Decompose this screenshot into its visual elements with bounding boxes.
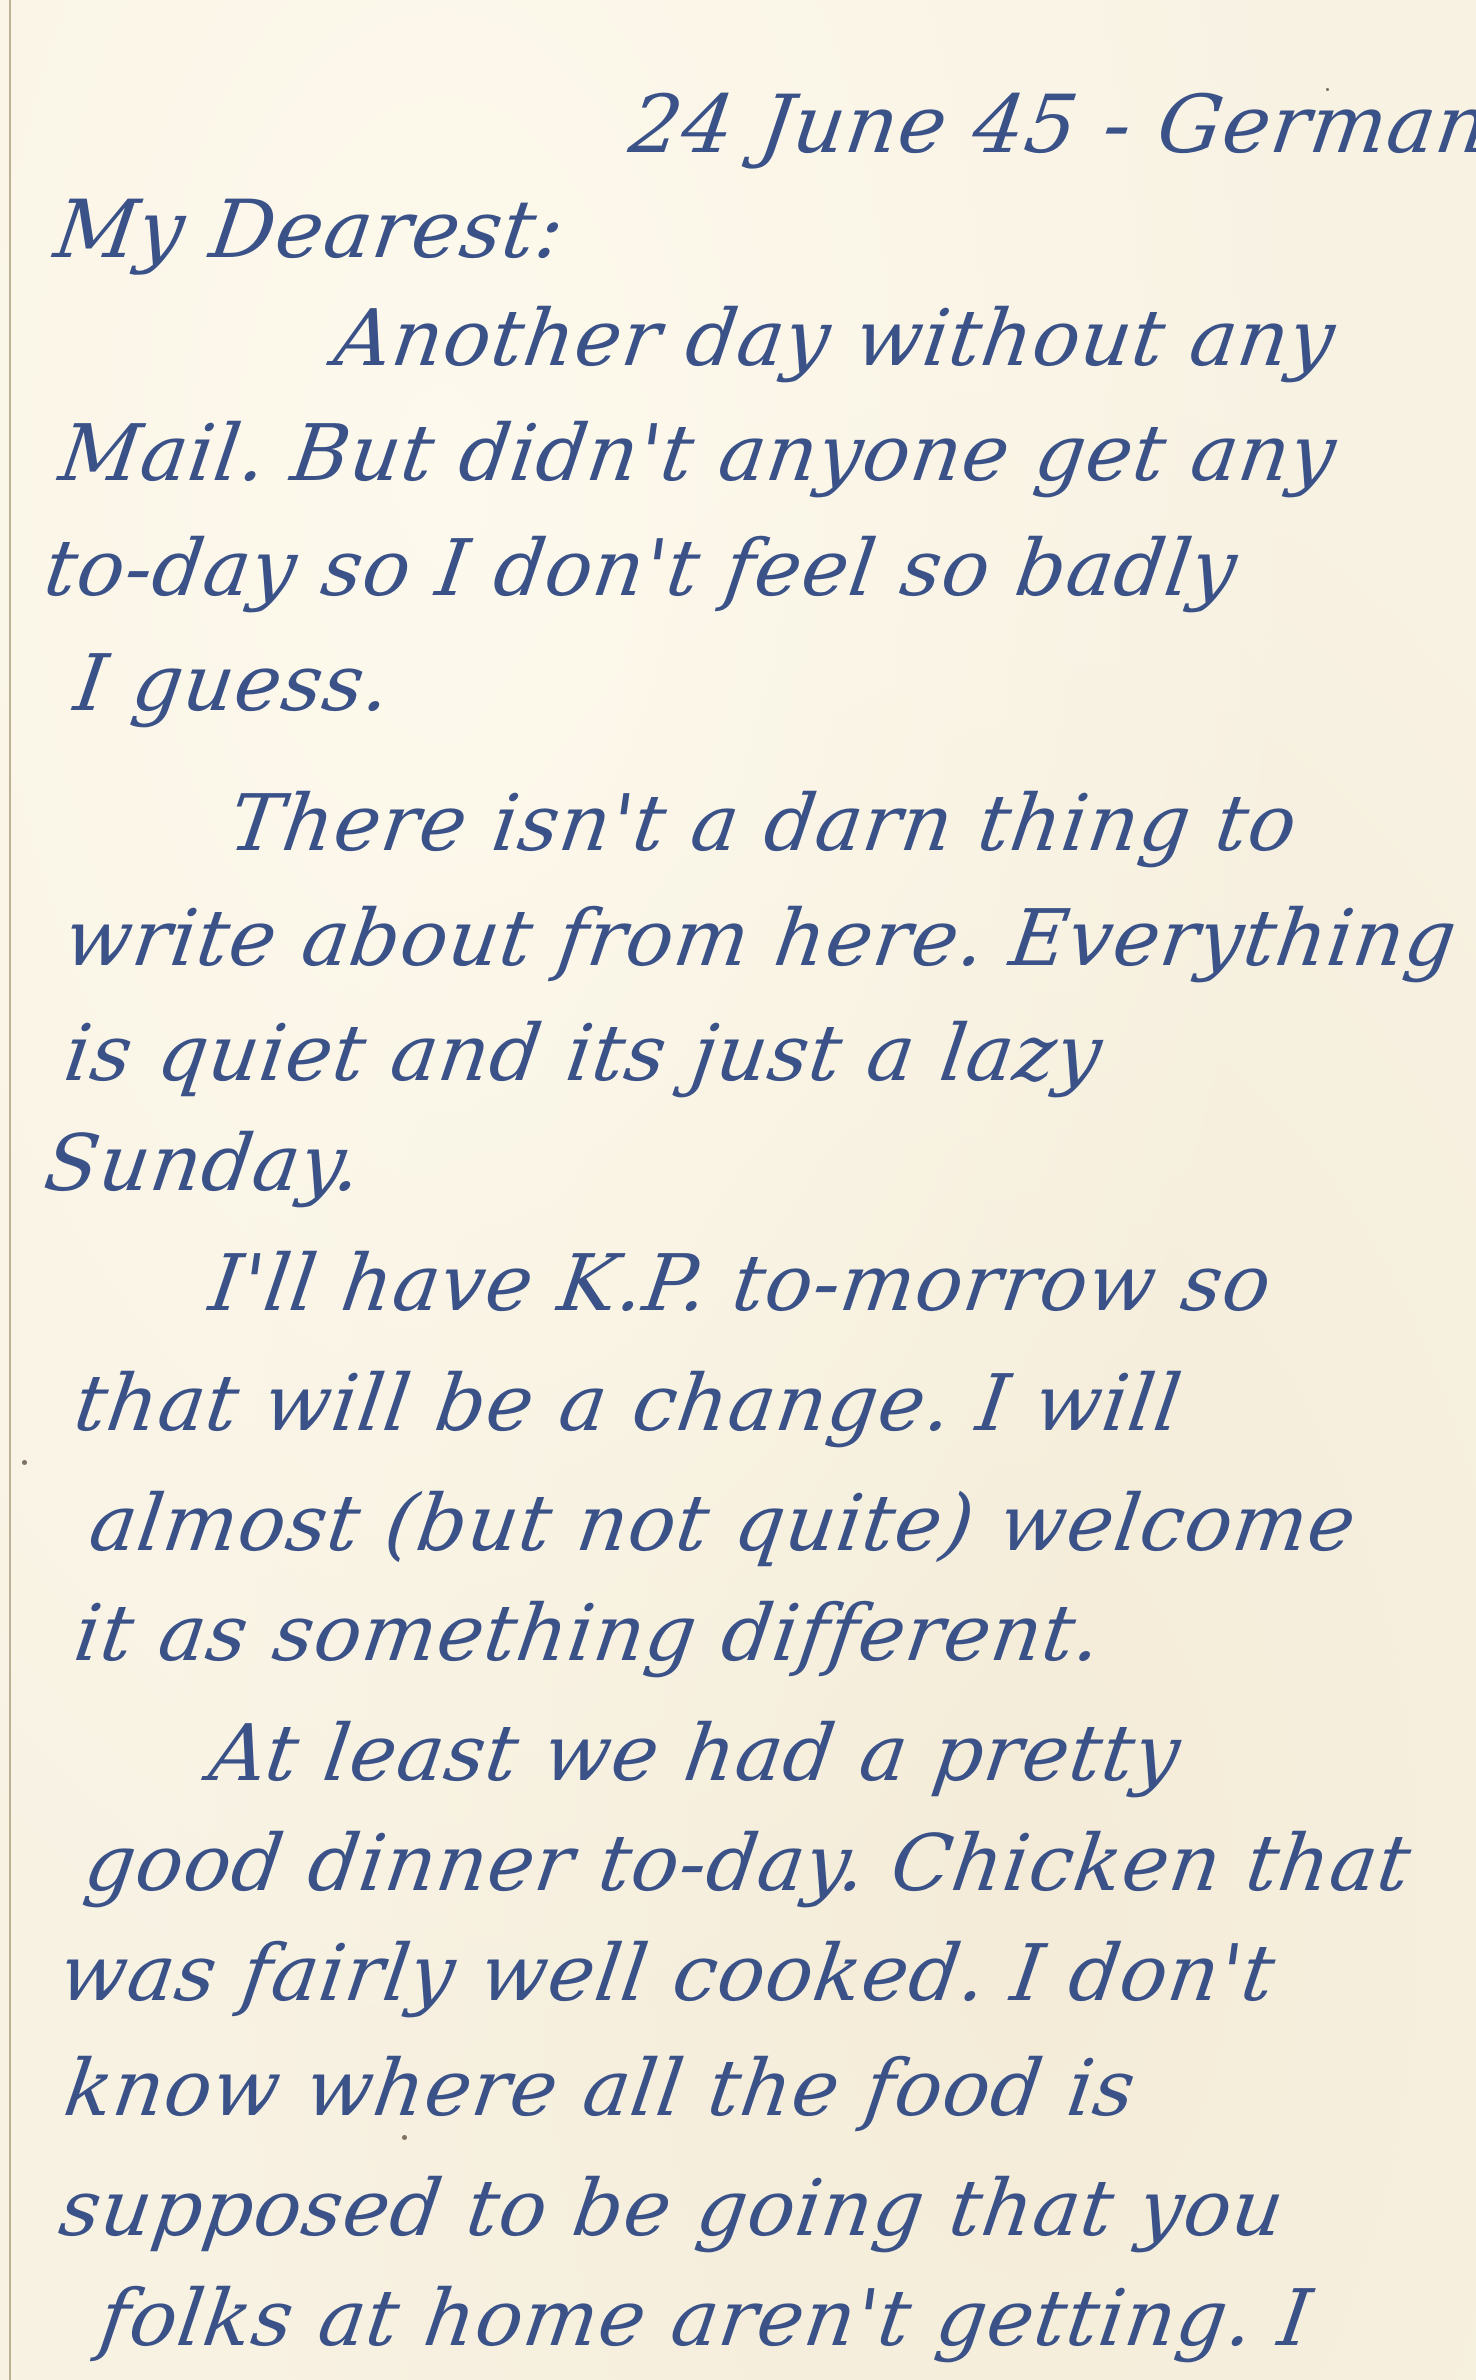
date-line: 24 June 45 - Germany bbox=[625, 85, 1476, 165]
letter-line: almost (but not quite) welcome bbox=[85, 1485, 1361, 1563]
ink-speck bbox=[402, 2135, 407, 2140]
letter-line: I'll have K.P. to-morrow so bbox=[205, 1245, 1277, 1323]
letter-line: Another day without any bbox=[330, 300, 1340, 378]
letter-line: is quiet and its just a lazy bbox=[60, 1015, 1107, 1093]
letter-line: At least we had a pretty bbox=[205, 1715, 1185, 1793]
letter-line: Sunday. bbox=[40, 1125, 367, 1203]
letter-line: was fairly well cooked. I don't bbox=[55, 1935, 1280, 2013]
letter-line: good dinner to-day. Chicken that bbox=[80, 1825, 1416, 1903]
ink-speck bbox=[22, 1460, 27, 1465]
letter-line: Mail. But didn't anyone get any bbox=[55, 415, 1341, 493]
letter-line: folks at home aren't getting. I bbox=[95, 2280, 1317, 2358]
letter-line: to-day so I don't feel so badly bbox=[40, 530, 1242, 608]
letter-line: supposed to be going that you bbox=[55, 2170, 1289, 2248]
letter-page: 24 June 45 - Germany My Dearest: Another… bbox=[0, 0, 1476, 2380]
letter-line: that will be a change. I will bbox=[70, 1365, 1186, 1443]
letter-line: know where all the food is bbox=[60, 2050, 1141, 2128]
letter-line: There isn't a darn thing to bbox=[225, 785, 1302, 863]
salutation: My Dearest: bbox=[50, 190, 570, 270]
ink-speck bbox=[1326, 88, 1329, 91]
letter-line: write about from here. Everything bbox=[60, 900, 1462, 978]
letter-line: it as something different. bbox=[70, 1595, 1107, 1673]
letter-line: I guess. bbox=[70, 645, 396, 723]
paper-edge bbox=[9, 0, 11, 2380]
